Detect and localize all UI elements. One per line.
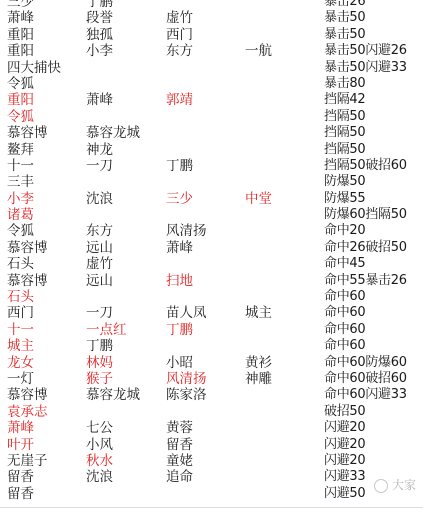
- hero-cell: 留香: [166, 437, 193, 453]
- hero-cell: 三丰: [7, 174, 34, 190]
- hero-cell: 虚竹: [86, 256, 113, 272]
- stat-cell: 暴击80: [324, 76, 365, 92]
- hero-cell: 远山: [86, 273, 113, 289]
- table-row: 慕容博远山扫地命中55暴击26: [0, 273, 423, 289]
- hero-cell: 四大捕快: [7, 60, 61, 76]
- hero-cell: 神雕: [245, 371, 272, 387]
- hero-cell: 萧峰: [166, 240, 193, 256]
- stat-cell: 命中60: [324, 289, 365, 305]
- table-row: 令狐暴击80: [0, 76, 423, 92]
- table-row: 令狐东方风清扬命中20: [0, 223, 423, 239]
- hero-cell: 秋水: [86, 453, 113, 469]
- watermark: 大家: [374, 476, 416, 493]
- hero-cell: 三少: [166, 191, 193, 207]
- table-row: 西门一刀苗人凤城主命中60: [0, 305, 423, 321]
- hero-cell: 慕容博: [7, 387, 48, 403]
- hero-cell: 东方: [166, 43, 193, 59]
- hero-cell: 苗人凤: [166, 305, 207, 321]
- hero-cell: 三少: [7, 0, 34, 10]
- hero-cell: 一航: [245, 43, 272, 59]
- hero-cell: 中堂: [245, 191, 272, 207]
- hero-cell: 陈家洛: [166, 387, 207, 403]
- stat-cell: 防爆55: [324, 191, 365, 207]
- hero-cell: 袁承志: [7, 404, 48, 420]
- hero-cell: 一灯: [7, 371, 34, 387]
- stat-cell: 闪避50: [324, 486, 365, 502]
- hero-cell: 丁鹏: [86, 0, 113, 10]
- stat-cell: 闪避20: [324, 437, 365, 453]
- stat-cell: 闪避20: [324, 453, 365, 469]
- hero-cell: 慕容博: [7, 273, 48, 289]
- hero-cell: 郭靖: [166, 92, 193, 108]
- hero-cell: 风清扬: [166, 223, 207, 239]
- hero-cell: 西门: [166, 27, 193, 43]
- hero-cell: 西门: [7, 305, 34, 321]
- divider: [0, 507, 423, 508]
- hero-cell: 鳌拜: [7, 142, 34, 158]
- hero-cell: 重阳: [7, 27, 34, 43]
- hero-cell: 叶开: [7, 437, 34, 453]
- hero-cell: 留香: [7, 486, 34, 502]
- hero-cell: 龙女: [7, 355, 34, 371]
- stat-cell: 挡隔50: [324, 125, 365, 141]
- table-row: 石头虚竹命中45: [0, 256, 423, 272]
- hero-cell: 黄蓉: [166, 420, 193, 436]
- stat-cell: 暴击50闪避33: [324, 60, 407, 76]
- hero-cell: 扫地: [166, 273, 193, 289]
- table-row: 留香沈浪追命闪避33: [0, 469, 423, 485]
- stat-cell: 暴击50: [324, 10, 365, 26]
- hero-cell: 诸葛: [7, 207, 34, 223]
- hero-cell: 小李: [86, 43, 113, 59]
- stat-cell: 命中60闪避33: [324, 387, 407, 403]
- hero-cell: 萧峰: [7, 10, 34, 26]
- hero-cell: 小昭: [166, 355, 193, 371]
- hero-cell: 城主: [245, 305, 272, 321]
- hero-cell: 石头: [7, 256, 34, 272]
- table-row: 无崖子秋水童姥闪避20: [0, 453, 423, 469]
- stat-cell: 闪避33: [324, 469, 365, 485]
- stat-cell: 暴击50: [324, 27, 365, 43]
- stat-cell: 破招50: [324, 404, 365, 420]
- table-row: 叶开小风留香闪避20: [0, 437, 423, 453]
- table-row: 石头命中60: [0, 289, 423, 305]
- table-row: 萧峰七公黄蓉闪避20: [0, 420, 423, 436]
- stat-cell: 命中45: [324, 256, 365, 272]
- hero-cell: 东方: [86, 223, 113, 239]
- table-row: 重阳独孤西门暴击50: [0, 27, 423, 43]
- stat-cell: 命中60: [324, 322, 365, 338]
- hero-cell: 萧峰: [86, 92, 113, 108]
- hero-cell: 令狐: [7, 109, 34, 125]
- hero-cell: 远山: [86, 240, 113, 256]
- hero-cell: 风清扬: [166, 371, 207, 387]
- hero-cell: 丁鹏: [166, 158, 193, 174]
- hero-cell: 小李: [7, 191, 34, 207]
- stat-cell: 挡隔42: [324, 92, 365, 108]
- stat-cell: 命中60防爆60: [324, 355, 407, 371]
- hero-cell: 重阳: [7, 43, 34, 59]
- hero-cell: 黄衫: [245, 355, 272, 371]
- table-row: 小李沈浪三少中堂防爆55: [0, 191, 423, 207]
- hero-cell: 十一: [7, 158, 34, 174]
- table-row: 慕容博慕容龙城陈家洛命中60闪避33: [0, 387, 423, 403]
- stat-cell: 命中55暴击26: [324, 273, 407, 289]
- hero-cell: 慕容博: [7, 240, 48, 256]
- wechat-icon: [374, 479, 388, 493]
- table-row: 慕容博远山萧峰命中26破招50: [0, 240, 423, 256]
- table-row: 留香闪避50: [0, 486, 423, 502]
- stat-cell: 挡隔50: [324, 142, 365, 158]
- table-row: 三少丁鹏暴击26: [0, 0, 423, 10]
- hero-cell: 重阳: [7, 92, 34, 108]
- hero-cell: 丁鹏: [166, 322, 193, 338]
- stat-cell: 防爆50: [324, 174, 365, 190]
- table-row: 萧峰段誉虚竹暴击50: [0, 10, 423, 26]
- hero-cell: 无崖子: [7, 453, 48, 469]
- hero-cell: 林妈: [86, 355, 113, 371]
- table-row: 城主丁鹏命中60: [0, 338, 423, 354]
- hero-cell: 留香: [7, 469, 34, 485]
- stat-cell: 命中60: [324, 305, 365, 321]
- stat-cell: 命中26破招50: [324, 240, 407, 256]
- table-row: 重阳萧峰郭靖挡隔42: [0, 92, 423, 108]
- stat-cell: 暴击26: [324, 0, 365, 10]
- table-row: 袁承志破招50: [0, 404, 423, 420]
- stat-cell: 命中60破招60: [324, 371, 407, 387]
- hero-cell: 独孤: [86, 27, 113, 43]
- stat-cell: 防爆60挡隔50: [324, 207, 407, 223]
- hero-cell: 段誉: [86, 10, 113, 26]
- lineup-table: 三少丁鹏暴击26萧峰段誉虚竹暴击50重阳独孤西门暴击50重阳小李东方一航暴击50…: [0, 0, 423, 502]
- table-row: 三丰防爆50: [0, 174, 423, 190]
- hero-cell: 小风: [86, 437, 113, 453]
- hero-cell: 十一: [7, 322, 34, 338]
- table-row: 鳌拜神龙挡隔50: [0, 142, 423, 158]
- hero-cell: 一点红: [86, 322, 127, 338]
- table-row: 十一一刀丁鹏挡隔50破招60: [0, 158, 423, 174]
- stat-cell: 暴击50闪避26: [324, 43, 407, 59]
- hero-cell: 一刀: [86, 305, 113, 321]
- hero-cell: 丁鹏: [86, 338, 113, 354]
- hero-cell: 石头: [7, 289, 34, 305]
- stat-cell: 命中60: [324, 338, 365, 354]
- hero-cell: 慕容博: [7, 125, 48, 141]
- hero-cell: 沈浪: [86, 191, 113, 207]
- table-row: 一灯猴子风清扬神雕命中60破招60: [0, 371, 423, 387]
- table-row: 重阳小李东方一航暴击50闪避26: [0, 43, 423, 59]
- hero-cell: 追命: [166, 469, 193, 485]
- table-row: 诸葛防爆60挡隔50: [0, 207, 423, 223]
- hero-cell: 城主: [7, 338, 34, 354]
- hero-cell: 一刀: [86, 158, 113, 174]
- table-row: 四大捕快暴击50闪避33: [0, 60, 423, 76]
- hero-cell: 沈浪: [86, 469, 113, 485]
- watermark-text: 大家: [392, 478, 416, 492]
- stat-cell: 挡隔50破招60: [324, 158, 407, 174]
- hero-cell: 虚竹: [166, 10, 193, 26]
- stat-cell: 闪避20: [324, 420, 365, 436]
- hero-cell: 慕容龙城: [86, 387, 140, 403]
- table-row: 慕容博慕容龙城挡隔50: [0, 125, 423, 141]
- table-row: 十一一点红丁鹏命中60: [0, 322, 423, 338]
- hero-cell: 童姥: [166, 453, 193, 469]
- hero-cell: 令狐: [7, 223, 34, 239]
- hero-cell: 令狐: [7, 76, 34, 92]
- stat-cell: 命中20: [324, 223, 365, 239]
- hero-cell: 慕容龙城: [86, 125, 140, 141]
- stat-cell: 挡隔50: [324, 109, 365, 125]
- hero-cell: 神龙: [86, 142, 113, 158]
- hero-cell: 萧峰: [7, 420, 34, 436]
- table-row: 龙女林妈小昭黄衫命中60防爆60: [0, 355, 423, 371]
- hero-cell: 七公: [86, 420, 113, 436]
- hero-cell: 猴子: [86, 371, 113, 387]
- table-row: 令狐挡隔50: [0, 109, 423, 125]
